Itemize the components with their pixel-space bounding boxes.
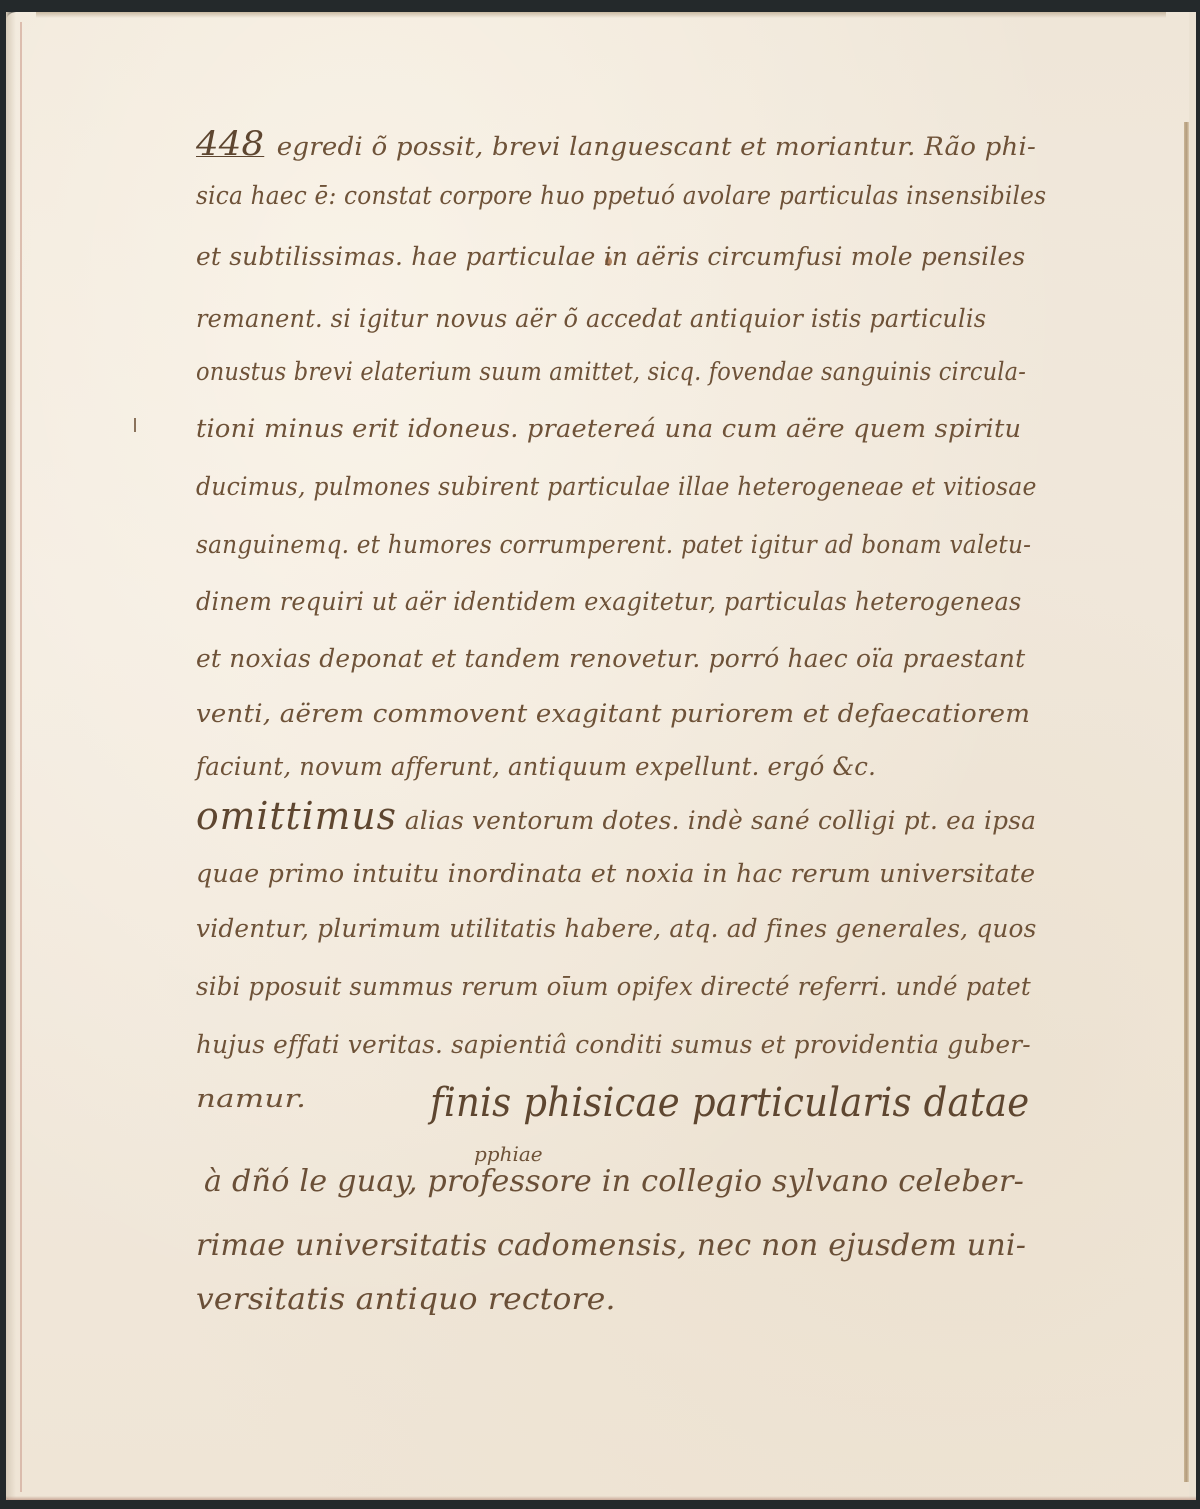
initial-word: omittimus <box>196 794 397 838</box>
text-line-5: onustus brevi elaterium suum amittet, si… <box>196 357 1026 386</box>
line-text: dinem requiri ut aër identidem exagitetu… <box>196 587 1021 616</box>
line-text: namur. <box>196 1084 306 1113</box>
colophon-line-1: à dñó le guay, professore in collegio sy… <box>204 1164 1024 1199</box>
left-gutter-line <box>20 22 22 1492</box>
text-line-4: remanent. si igitur novus aër õ accedat … <box>196 304 986 333</box>
line-text: sibi pposuit summus rerum oīum opifex di… <box>196 972 1031 1001</box>
finis-heading: finis phisicae particularis datae <box>430 1080 1029 1126</box>
line-text: et noxias deponat et tandem renovetur. p… <box>196 644 1025 673</box>
line-text: alias ventorum dotes. indè sané colligi … <box>405 806 1036 835</box>
line-text: ducimus, pulmones subirent particulae il… <box>196 472 1037 501</box>
line-text: venti, aërem commovent exagitant puriore… <box>196 699 1030 728</box>
text-line-11: venti, aërem commovent exagitant puriore… <box>196 699 1030 728</box>
text-line-9: dinem requiri ut aër identidem exagitetu… <box>196 587 1021 616</box>
text-line-14: quae primo intuitu inordinata et noxia i… <box>196 859 1035 888</box>
colophon-line-3: versitatis antiquo rectore. <box>196 1282 616 1317</box>
line-text: tioni minus erit idoneus. praetereá una … <box>196 414 1021 443</box>
text-line-2: sica haec ē: constat corpore huo ppetuó … <box>196 181 1046 210</box>
bottom-edge <box>6 1496 1196 1500</box>
text-line-3: et subtilissimas. hae particulae in aëri… <box>196 242 1025 271</box>
line-text: onustus brevi elaterium suum amittet, si… <box>196 357 1026 386</box>
line-text: videntur, plurimum utilitatis habere, at… <box>196 914 1037 943</box>
margin-mark <box>134 418 136 432</box>
text-line-13: omittimusalias ventorum dotes. indè sané… <box>196 794 1036 838</box>
line-text: et subtilissimas. hae particulae in aëri… <box>196 242 1025 271</box>
line-text: sanguinemq. et humores corrumperent. pat… <box>196 530 1031 559</box>
text-line-10: et noxias deponat et tandem renovetur. p… <box>196 644 1025 673</box>
text-line-6: tioni minus erit idoneus. praetereá una … <box>196 414 1021 443</box>
line-text: hujus effati veritas. sapientiâ conditi … <box>196 1030 1031 1059</box>
line-text: quae primo intuitu inordinata et noxia i… <box>196 859 1035 888</box>
text-line-15: videntur, plurimum utilitatis habere, at… <box>196 914 1037 943</box>
top-edge <box>36 12 1166 18</box>
text-line-12: faciunt, novum afferunt, antiquum expell… <box>196 752 876 781</box>
right-edge-strip <box>1189 12 1196 1500</box>
text-line-8: sanguinemq. et humores corrumperent. pat… <box>196 530 1031 559</box>
left-edge-shadow <box>6 12 16 1500</box>
line-text: remanent. si igitur novus aër õ accedat … <box>196 304 986 333</box>
text-line-18: namur. <box>196 1084 306 1113</box>
line-text: faciunt, novum afferunt, antiquum expell… <box>196 752 876 781</box>
folio-number: 448 <box>196 124 264 164</box>
text-line-1: 448egredi õ possit, brevi languescant et… <box>196 124 1036 164</box>
scanned-page: 448egredi õ possit, brevi languescant et… <box>0 0 1200 1509</box>
text-line-17: hujus effati veritas. sapientiâ conditi … <box>196 1030 1031 1059</box>
superscript-abbreviation: pphiae <box>474 1142 543 1166</box>
line-text: sica haec ē: constat corpore huo ppetuó … <box>196 181 1046 210</box>
line-text: egredi õ possit, brevi languescant et mo… <box>277 132 1036 161</box>
text-line-7: ducimus, pulmones subirent particulae il… <box>196 472 1037 501</box>
colophon-line-2: rimae universitatis cadomensis, nec non … <box>196 1228 1026 1263</box>
text-line-16: sibi pposuit summus rerum oīum opifex di… <box>196 972 1031 1001</box>
